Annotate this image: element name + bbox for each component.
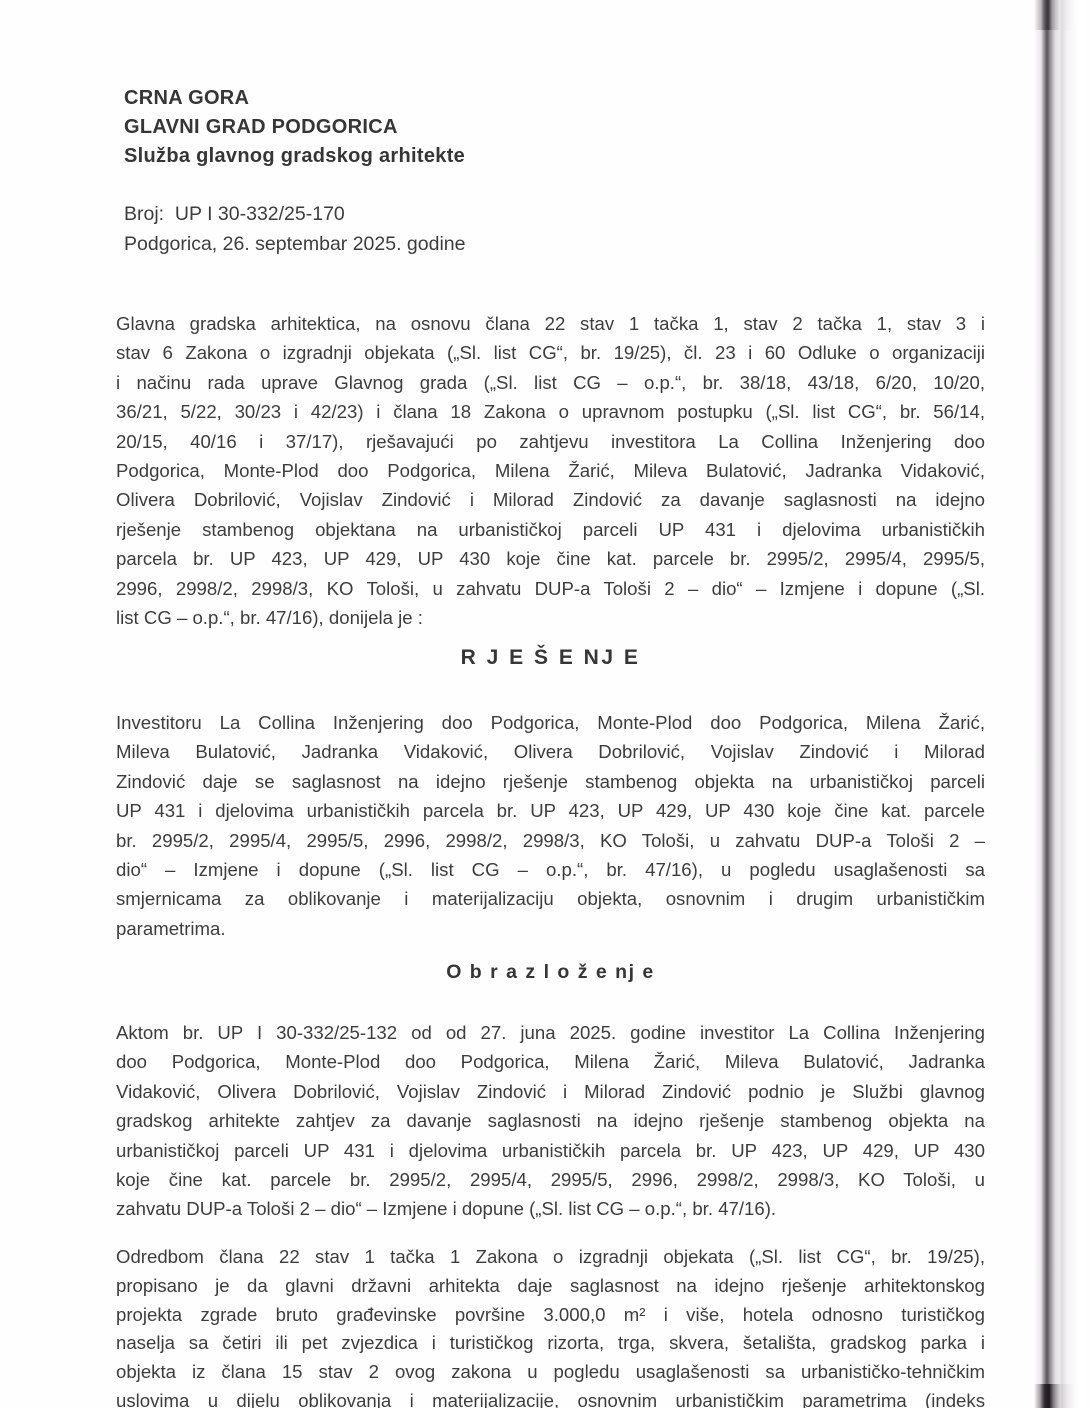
text-line: koje čine kat. parcele br. 2995/2, 2995/… — [116, 1165, 985, 1194]
text-line: stav 6 Zakona o izgradnji objekata („Sl.… — [116, 338, 985, 367]
text-line: projekta zgrade bruto građevinske površi… — [116, 1301, 985, 1330]
intro-paragraph: Glavna gradska arhitektica, na osnovu čl… — [116, 309, 985, 632]
text-line: br. 2995/2, 2995/4, 2995/5, 2996, 2998/2… — [116, 826, 985, 855]
text-line: uslovima u dijelu oblikovanja i materija… — [116, 1387, 985, 1408]
resolution-heading: R J E Š E NJ E — [116, 646, 985, 670]
text-line: Vidaković, Olivera Dobrilović, Vojislav … — [116, 1077, 985, 1106]
text-line: doo Podgorica, Monte-Plod doo Podgorica,… — [116, 1047, 985, 1076]
text-line: Glavna gradska arhitektica, na osnovu čl… — [116, 309, 985, 338]
text-line: zahvatu DUP-a Tološi 2 – dio“ – Izmjene … — [116, 1194, 985, 1223]
text-line: Odredbom člana 22 stav 1 tačka 1 Zakona … — [116, 1243, 985, 1272]
org-city-line: GLAVNI GRAD PODGORICA — [124, 113, 465, 142]
text-line: Olivera Dobrilović, Vojislav Zindović i … — [116, 485, 985, 514]
text-line: propisano je da glavni državni arhitekta… — [116, 1272, 985, 1301]
text-line: UP 431 i djelovima urbanističkih parcela… — [116, 796, 985, 825]
text-line: objekta iz člana 15 stav 2 ovog zakona u… — [116, 1358, 985, 1387]
place-date-line: Podgorica, 26. septembar 2025. godine — [124, 230, 466, 260]
text-line: dio“ – Izmjene i dopune („Sl. list CG – … — [116, 855, 985, 884]
text-line: list CG – o.p.“, br. 47/16), donijela je… — [116, 603, 985, 632]
text-line: urbanističkoj parceli UP 431 i djelovima… — [116, 1136, 985, 1165]
text-line: Zindović daje se saglasnost na idejno rj… — [116, 767, 985, 796]
text-line: gradskog arhitekte zahtjev za davanje sa… — [116, 1106, 985, 1135]
scan-edge-artifact — [1034, 0, 1082, 1408]
text-line: Mileva Bulatović, Jadranka Vidaković, Ol… — [116, 737, 985, 766]
resolution-paragraph: Investitoru La Collina Inženjering doo P… — [116, 708, 985, 943]
text-line: 2996, 2998/2, 2998/3, KO Tološi, u zahva… — [116, 574, 985, 603]
text-line: Podgorica, Monte-Plod doo Podgorica, Mil… — [116, 456, 985, 485]
text-line: parcela br. UP 423, UP 429, UP 430 koje … — [116, 544, 985, 573]
text-line: smjernicama za oblikovanje i materijaliz… — [116, 884, 985, 913]
text-line: naselja sa četiri ili pet zvjezdica i tu… — [116, 1329, 985, 1358]
text-line: Aktom br. UP I 30-332/25-132 od od 27. j… — [116, 1018, 985, 1047]
text-line: parametrima. — [116, 914, 985, 943]
document-page: CRNA GORA GLAVNI GRAD PODGORICA Služba g… — [0, 0, 1090, 1408]
org-country-line: CRNA GORA — [124, 84, 465, 113]
org-office-line: Služba glavnog gradskog arhitekte — [124, 142, 465, 171]
reference-block: Broj: UP I 30-332/25-170 Podgorica, 26. … — [124, 200, 466, 259]
text-line: 36/21, 5/22, 30/23 i 42/23) i člana 18 Z… — [116, 397, 985, 426]
provision-paragraph: Odredbom člana 22 stav 1 tačka 1 Zakona … — [116, 1243, 985, 1408]
text-line: i načinu rada uprave Glavnog grada („Sl.… — [116, 368, 985, 397]
letterhead: CRNA GORA GLAVNI GRAD PODGORICA Služba g… — [124, 84, 465, 171]
text-line: 20/15, 40/16 i 37/17), rješavajući po za… — [116, 427, 985, 456]
explanation-paragraph: Aktom br. UP I 30-332/25-132 od od 27. j… — [116, 1018, 985, 1224]
case-number-line: Broj: UP I 30-332/25-170 — [124, 200, 466, 230]
explanation-heading: O b r a z l o ž e nj e — [116, 961, 985, 984]
text-line: rješenje stambenog objektana na urbanist… — [116, 515, 985, 544]
text-line: Investitoru La Collina Inženjering doo P… — [116, 708, 985, 737]
